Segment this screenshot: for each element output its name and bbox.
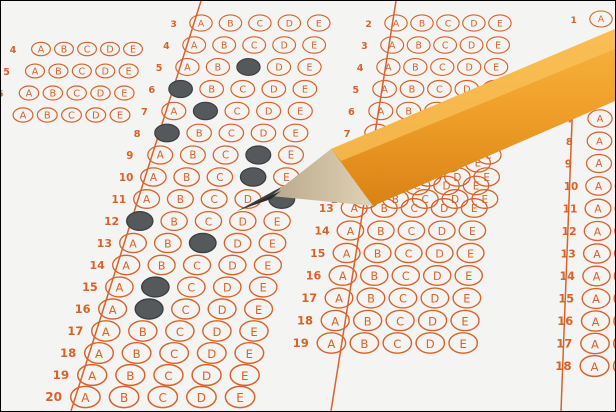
bubble-letter: A xyxy=(327,337,335,351)
bubble-letter: C xyxy=(408,225,416,238)
bubble-letter: D xyxy=(97,89,104,100)
bubble-letter: A xyxy=(592,293,600,306)
bubble-letter: D xyxy=(270,85,277,96)
bubble-letter: E xyxy=(461,315,468,329)
question-number: 15 xyxy=(82,281,98,294)
bubble-letter: A xyxy=(88,369,97,383)
answer-sheet-illustration: 4ABCDE5ABCDE6ABCDE7ABCDE3ABCDE4ABCDE5ABD… xyxy=(1,1,615,411)
bubble-letter: A xyxy=(81,391,90,405)
answer-bubble-a[interactable] xyxy=(155,124,179,142)
bubble-letter: E xyxy=(463,293,470,306)
answer-bubble-a[interactable] xyxy=(169,81,193,98)
bubble-letter: C xyxy=(436,85,443,96)
bubble-letter: D xyxy=(197,391,206,405)
bubble-letter: C xyxy=(164,369,172,383)
answer-bubble-c[interactable] xyxy=(189,233,216,252)
question-number: 11 xyxy=(563,204,578,216)
bubble-letter: C xyxy=(79,67,86,78)
question-number: 10 xyxy=(564,181,578,193)
question-number: 8 xyxy=(134,129,141,140)
bubble-letter: A xyxy=(593,248,601,261)
question-number: 7 xyxy=(141,107,148,118)
bubble-letter: B xyxy=(370,270,378,283)
bubble-letter: B xyxy=(55,67,62,78)
bubble-letter: B xyxy=(120,391,128,405)
bubble-letter: D xyxy=(470,19,477,30)
bubble-letter: A xyxy=(26,89,33,100)
bubble-letter: C xyxy=(442,41,449,52)
bubble-letter: B xyxy=(126,369,134,383)
question-number: 15 xyxy=(558,293,574,306)
bubble-letter: A xyxy=(198,19,205,30)
bubble-letter: B xyxy=(158,260,166,273)
bubble-letter: E xyxy=(236,391,244,405)
bubble-letter: A xyxy=(590,360,598,374)
bubble-letter: E xyxy=(241,369,249,383)
bubble-letter: D xyxy=(228,260,236,273)
bubble-letter: B xyxy=(50,89,57,100)
bubble-letter: A xyxy=(595,181,603,193)
bubble-letter: A xyxy=(339,270,347,283)
bubble-letter: A xyxy=(591,338,599,352)
bubble-letter: C xyxy=(193,260,201,273)
bubble-letter: C xyxy=(445,19,451,30)
question-number: 16 xyxy=(75,302,91,316)
bubble-letter: E xyxy=(465,270,472,283)
question-number: 2 xyxy=(365,19,371,30)
bubble-letter: C xyxy=(439,63,446,74)
bubble-letter: E xyxy=(316,19,322,30)
bubble-letter: D xyxy=(440,203,448,215)
bubble-letter: D xyxy=(202,369,211,383)
bubble-letter: E xyxy=(121,89,127,100)
bubble-letter: E xyxy=(126,67,132,78)
bubble-letter: E xyxy=(260,282,267,295)
question-number: 8 xyxy=(566,137,573,148)
bubble-letter: C xyxy=(399,293,407,306)
answer-bubble-b[interactable] xyxy=(614,356,615,377)
bubble-letter: C xyxy=(182,303,190,317)
bubble-letter: A xyxy=(593,271,601,284)
bubble-letter: D xyxy=(281,41,288,52)
bubble-letter: D xyxy=(468,41,475,52)
bubble-letter: E xyxy=(288,151,294,162)
bubble-letter: D xyxy=(223,282,232,295)
bubble-letter: A xyxy=(95,347,103,361)
bubble-letter: A xyxy=(389,41,396,52)
question-number: 18 xyxy=(60,346,76,360)
bubble-letter: C xyxy=(234,107,241,118)
question-number: 6 xyxy=(1,89,4,100)
bubble-letter: C xyxy=(73,89,80,100)
bubble-letter: E xyxy=(246,347,253,361)
bubble-letter: A xyxy=(343,248,351,261)
question-number: 4 xyxy=(10,45,17,56)
question-number: 13 xyxy=(319,203,334,215)
bubble-letter: E xyxy=(307,63,313,74)
bubble-letter: C xyxy=(396,315,404,329)
question-number: 15 xyxy=(310,247,325,260)
bubble-letter: C xyxy=(257,19,263,30)
bubble-letter: D xyxy=(218,303,227,317)
bubble-letter: B xyxy=(133,347,141,361)
bubble-letter: E xyxy=(467,248,474,261)
question-number: 9 xyxy=(565,160,572,171)
question-number: 18 xyxy=(297,314,313,328)
bubble-letter: E xyxy=(130,45,136,56)
answer-column-left: 4ABCDE5ABCDE6ABCDE7ABCDE xyxy=(1,42,142,122)
question-number: 11 xyxy=(112,194,127,206)
answer-bubble-b[interactable] xyxy=(614,266,615,286)
bubble-letter: C xyxy=(402,270,410,283)
bubble-letter: C xyxy=(239,85,246,96)
bubble-letter: C xyxy=(422,194,429,206)
bubble-letter: B xyxy=(139,325,147,339)
answer-bubble-c[interactable] xyxy=(237,59,260,76)
question-number: 14 xyxy=(89,259,105,272)
bubble-letter: B xyxy=(374,248,381,261)
bubble-letter: A xyxy=(381,85,388,96)
answer-bubble-b[interactable] xyxy=(614,311,615,331)
bubble-letter: D xyxy=(466,63,473,74)
bubble-letter: E xyxy=(473,181,480,193)
bubble-letter: B xyxy=(164,238,171,251)
question-number: 17 xyxy=(301,292,317,305)
bubble-letter: E xyxy=(292,129,298,140)
bubble-letter: E xyxy=(482,194,489,206)
bubble-letter: A xyxy=(20,111,27,122)
bubble-letter: A xyxy=(331,315,339,329)
bubble-letter: D xyxy=(102,67,109,78)
bubble-letter: D xyxy=(431,293,440,306)
bubble-letter: A xyxy=(596,137,603,148)
question-number: 19 xyxy=(53,368,70,382)
bubble-letter: D xyxy=(92,111,100,122)
bubble-letter: A xyxy=(122,260,130,273)
bubble-letter: B xyxy=(170,216,177,229)
bubble-letter: B xyxy=(419,19,425,30)
bubble-letter: E xyxy=(497,19,503,30)
bubble-letter: A xyxy=(351,203,359,215)
bubble-letter: B xyxy=(360,337,368,351)
bubble-letter: A xyxy=(32,67,39,78)
bubble-letter: B xyxy=(183,172,190,184)
bubble-letter: A xyxy=(116,282,124,295)
bubble-letter: D xyxy=(426,337,435,351)
bubble-letter: E xyxy=(493,63,499,74)
bubble-letter: D xyxy=(428,315,437,329)
question-number: 13 xyxy=(97,237,112,250)
bubble-letter: B xyxy=(415,41,421,52)
bubble-letter: D xyxy=(260,129,268,140)
bubble-letter: C xyxy=(205,216,212,229)
bubble-letter: E xyxy=(274,216,281,229)
bubble-letter: D xyxy=(106,45,113,56)
bubble-letter: A xyxy=(592,315,600,329)
bubble-letter: E xyxy=(297,107,303,118)
question-number: 5 xyxy=(156,63,163,74)
bubble-letter: A xyxy=(377,107,384,118)
question-number: 17 xyxy=(556,337,572,351)
question-number: 18 xyxy=(555,359,571,373)
question-number: 4 xyxy=(163,41,170,52)
question-number: 5 xyxy=(352,85,359,96)
answer-bubble-b[interactable] xyxy=(614,289,615,309)
question-number: 12 xyxy=(562,225,577,238)
question-number: 10 xyxy=(119,172,133,184)
bubble-letter: C xyxy=(68,111,75,122)
question-number: 5 xyxy=(3,67,10,78)
bubble-letter: C xyxy=(222,151,229,162)
bubble-letter: A xyxy=(597,114,604,125)
question-number: 16 xyxy=(306,270,322,283)
bubble-letter: A xyxy=(594,226,602,239)
answer-bubble-b[interactable] xyxy=(614,333,615,353)
bubble-letter: E xyxy=(311,41,317,52)
bubble-letter: D xyxy=(286,19,293,30)
bubble-letter: E xyxy=(469,225,476,238)
answer-sheet-photo: 4ABCDE5ABCDE6ABCDE7ABCDE3ABCDE4ABCDE5ABD… xyxy=(1,1,615,411)
question-number: 6 xyxy=(348,107,355,118)
bubble-letter: B xyxy=(44,111,51,122)
bubble-letter: B xyxy=(227,19,233,30)
answer-bubble-b[interactable] xyxy=(193,102,217,119)
answer-column-middle: 3ABCDE4ABCDE5ABDE6BCDE7ACDE8BCDE9ABCE10A… xyxy=(45,15,330,408)
bubble-letter: C xyxy=(176,325,184,339)
bubble-letter: B xyxy=(61,45,67,56)
bubble-letter: A xyxy=(170,107,177,118)
answer-bubble-b[interactable] xyxy=(135,299,163,319)
bubble-letter: A xyxy=(385,63,392,74)
bubble-letter: C xyxy=(393,337,401,351)
question-number: 19 xyxy=(293,336,309,350)
bubble-letter: B xyxy=(221,41,227,52)
answer-bubble-b[interactable] xyxy=(142,277,169,297)
bubble-letter: A xyxy=(38,45,45,56)
question-number: 13 xyxy=(561,248,576,261)
bubble-letter: B xyxy=(177,194,184,206)
bubble-letter: D xyxy=(433,270,442,283)
bubble-letter: A xyxy=(393,19,400,30)
bubble-letter: E xyxy=(471,203,478,215)
bubble-letter: E xyxy=(117,111,123,122)
bubble-letter: A xyxy=(335,293,343,306)
bubble-letter: C xyxy=(210,194,217,206)
bubble-letter: B xyxy=(381,203,388,215)
bubble-letter: E xyxy=(302,85,308,96)
bubble-letter: E xyxy=(255,303,262,317)
bubble-letter: A xyxy=(596,159,603,170)
bubble-letter: C xyxy=(228,129,235,140)
question-number: 9 xyxy=(126,151,133,162)
answer-bubble-d[interactable] xyxy=(246,146,271,164)
bubble-letter: C xyxy=(170,347,178,361)
bubble-letter: B xyxy=(196,129,203,140)
bubble-letter: C xyxy=(411,203,418,215)
bubble-letter: C xyxy=(405,248,413,261)
bubble-letter: A xyxy=(102,325,110,339)
bubble-letter: A xyxy=(129,238,137,251)
question-number: 16 xyxy=(557,314,573,328)
bubble-letter: D xyxy=(207,347,216,361)
answer-bubble-d[interactable] xyxy=(240,168,265,186)
bubble-letter: E xyxy=(269,238,276,251)
bubble-letter: A xyxy=(191,41,198,52)
bubble-letter: C xyxy=(216,172,223,184)
bubble-letter: A xyxy=(109,303,117,317)
bubble-letter: A xyxy=(143,194,151,206)
question-number: 14 xyxy=(315,225,331,238)
bubble-letter: C xyxy=(251,41,258,52)
bubble-letter: B xyxy=(412,63,419,74)
bubble-letter: D xyxy=(438,225,446,238)
question-number: 17 xyxy=(67,324,83,338)
question-number: 20 xyxy=(45,390,62,404)
bubble-letter: D xyxy=(239,216,247,229)
bubble-letter: B xyxy=(377,225,384,238)
bubble-letter: D xyxy=(265,107,273,118)
bubble-letter: A xyxy=(184,63,191,74)
question-number: 3 xyxy=(361,41,367,52)
bubble-letter: B xyxy=(215,63,222,74)
bubble-letter: E xyxy=(495,41,501,52)
bubble-letter: A xyxy=(594,204,602,216)
question-number: 3 xyxy=(170,19,176,30)
bubble-letter: C xyxy=(159,391,167,405)
bubble-letter: A xyxy=(150,172,158,184)
bubble-letter: B xyxy=(189,151,196,162)
bubble-letter: D xyxy=(435,248,443,261)
question-number: 4 xyxy=(357,63,364,74)
bubble-letter: B xyxy=(364,315,372,329)
bubble-letter: E xyxy=(264,260,271,273)
bubble-letter: B xyxy=(367,293,375,306)
bubble-letter: C xyxy=(84,45,91,56)
bubble-letter: A xyxy=(157,151,164,162)
bubble-letter: E xyxy=(460,337,467,351)
bubble-letter: C xyxy=(187,282,195,295)
question-number: 14 xyxy=(559,270,575,283)
bubble-letter: E xyxy=(250,325,257,339)
bubble-letter: D xyxy=(212,325,221,339)
bubble-letter: B xyxy=(208,85,215,96)
bubble-letter: D xyxy=(233,238,241,251)
question-number: 7 xyxy=(344,129,351,140)
question-number: 6 xyxy=(148,85,155,96)
answer-bubble-a[interactable] xyxy=(127,212,153,231)
bubble-letter: A xyxy=(347,225,355,238)
bubble-letter: A xyxy=(598,15,605,25)
question-number: 12 xyxy=(104,215,119,228)
question-number: 1 xyxy=(571,16,577,26)
bubble-letter: D xyxy=(443,181,451,193)
bubble-letter: D xyxy=(275,63,282,74)
bubble-letter: B xyxy=(409,85,416,96)
